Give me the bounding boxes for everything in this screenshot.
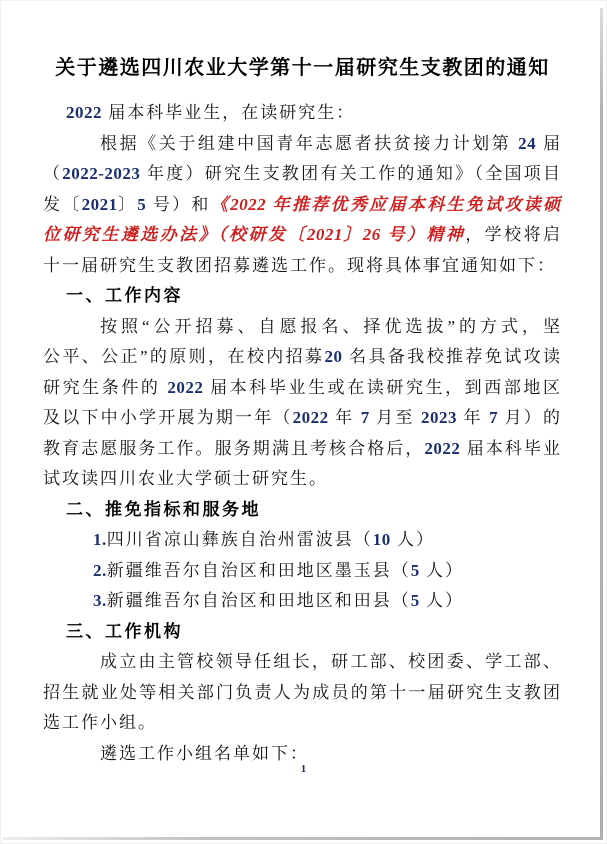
document-body: 关于遴选四川农业大学第十一届研究生支教团的通知 2022 届本科毕业生，在读研究… bbox=[43, 51, 562, 769]
text-segment: 按照“公开招募、自愿报名、择优选拔”的方式，坚持“公开、 bbox=[100, 317, 562, 343]
document-line: 研究生条件的 2022 届本科毕业生或在读研究生，到西部地区县级 bbox=[43, 373, 562, 404]
document-line: 2022 届本科毕业生，在读研究生： bbox=[43, 98, 562, 129]
numeral: 2021 bbox=[82, 195, 118, 214]
text-segment: 一、工作内容 bbox=[66, 286, 183, 305]
text-segment: 教育志愿服务工作。服务期满且考核合格后，2022 届本科毕业生免 bbox=[43, 439, 562, 465]
numeral: 2021 bbox=[307, 225, 343, 244]
numeral: 2022 bbox=[66, 103, 102, 122]
document-line: 招生就业处等相关部门负责人为成员的第十一届研究生支教团遴 bbox=[43, 678, 562, 709]
text-segment: 十一届研究生支教团招募遴选工作。现将具体事宜通知如下： bbox=[43, 256, 556, 275]
document-line: 公平、公正”的原则，在校内招募20 名具备我校推荐免试攻读硕士 bbox=[43, 342, 562, 373]
text-segment: 试攻读四川农业大学硕士研究生。 bbox=[43, 469, 328, 488]
document-page: 关于遴选四川农业大学第十一届研究生支教团的通知 2022 届本科毕业生，在读研究… bbox=[0, 0, 607, 844]
document-line: 发〔2021〕5 号）和《2022 年推荐优秀应届本科生免试攻读硕士学 bbox=[43, 190, 562, 221]
document-line: 试攻读四川农业大学硕士研究生。 bbox=[43, 464, 562, 495]
numeral: 7 bbox=[489, 408, 498, 427]
numeral: 2022 bbox=[230, 195, 266, 214]
document-line: 3.新疆维吾尔自治区和田地区和田县（5 人） bbox=[43, 586, 562, 617]
page-number: 1 bbox=[1, 763, 606, 775]
text-segment: 2022 届本科毕业生，在读研究生： bbox=[66, 103, 355, 122]
document-line: 2.新疆维吾尔自治区和田地区墨玉县（5 人） bbox=[43, 556, 562, 587]
text-segment: 成立由主管校领导任组长，研工部、校团委、学工部、教务处、 bbox=[100, 652, 562, 678]
numeral: 2022-2023 bbox=[62, 164, 140, 183]
numeral: 2022 bbox=[424, 439, 460, 458]
numeral: 10 bbox=[373, 530, 391, 549]
section-heading: 一、工作内容 bbox=[43, 281, 562, 312]
document-line: 根据《关于组建中国青年志愿者扶贫接力计划第 24 届 bbox=[43, 129, 562, 160]
numeral: 2. bbox=[93, 561, 107, 580]
document-line: （2022-2023 年度）研究生支教团有关工作的通知》（全国项目办 bbox=[43, 159, 562, 190]
text-segment: 2.新疆维吾尔自治区和田地区墨玉县（5 人） bbox=[93, 561, 464, 580]
numeral: 5 bbox=[411, 591, 420, 610]
text-segment: 招生就业处等相关部门负责人为成员的第十一届研究生支教团遴 bbox=[43, 683, 562, 709]
text-segment: 3.新疆维吾尔自治区和田地区和田县（5 人） bbox=[93, 591, 464, 610]
numeral: 2022 bbox=[293, 408, 329, 427]
numeral: 20 bbox=[324, 347, 342, 366]
document-line: 十一届研究生支教团招募遴选工作。现将具体事宜通知如下： bbox=[43, 251, 562, 282]
numeral: 24 bbox=[518, 134, 536, 153]
document-line: 成立由主管校领导任组长，研工部、校团委、学工部、教务处、 bbox=[43, 647, 562, 678]
document-line: 教育志愿服务工作。服务期满且考核合格后，2022 届本科毕业生免 bbox=[43, 434, 562, 465]
text-segment: 1.四川省凉山彝族自治州雷波县（10 人） bbox=[93, 530, 435, 549]
document-line: 及以下中小学开展为期一年（2022 年 7 月至 2023 年 7 月）的基础 bbox=[43, 403, 562, 434]
section-heading: 二、推免指标和服务地 bbox=[43, 495, 562, 526]
numeral: 3. bbox=[93, 591, 107, 610]
text-segment: 二、推免指标和服务地 bbox=[66, 500, 261, 519]
numeral: 5 bbox=[137, 195, 146, 214]
text-segment: （2022-2023 年度）研究生支教团有关工作的通知》（全国项目办 bbox=[43, 164, 562, 190]
text-segment: 选工作小组。 bbox=[43, 713, 157, 732]
numeral: 26 bbox=[363, 225, 381, 244]
document-line: 1.四川省凉山彝族自治州雷波县（10 人） bbox=[43, 525, 562, 556]
document-lines: 2022 届本科毕业生，在读研究生：根据《关于组建中国青年志愿者扶贫接力计划第 … bbox=[43, 98, 562, 769]
numeral: 2022 bbox=[167, 378, 203, 397]
text-segment: 发〔2021〕5 号）和 bbox=[43, 195, 211, 214]
text-segment: 遴选工作小组名单如下： bbox=[100, 744, 309, 763]
numeral: 2023 bbox=[421, 408, 457, 427]
numeral: 5 bbox=[411, 561, 420, 580]
section-heading: 三、工作机构 bbox=[43, 617, 562, 648]
text-segment: 及以下中小学开展为期一年（2022 年 7 月至 2023 年 7 月）的基础 bbox=[43, 408, 562, 434]
text-segment: 三、工作机构 bbox=[66, 622, 183, 641]
page-edge-right bbox=[600, 8, 603, 839]
numeral: 7 bbox=[361, 408, 370, 427]
document-line: 选工作小组。 bbox=[43, 708, 562, 739]
numeral: 1. bbox=[93, 530, 107, 549]
text-segment: 研究生条件的 2022 届本科毕业生或在读研究生，到西部地区县级 bbox=[43, 378, 562, 404]
text-segment: 根据《关于组建中国青年志愿者扶贫接力计划第 24 届 bbox=[100, 134, 562, 153]
document-line: 按照“公开招募、自愿报名、择优选拔”的方式，坚持“公开、 bbox=[43, 312, 562, 343]
page-edge-bottom bbox=[3, 837, 603, 840]
document-line: 位研究生遴选办法》（校研发〔2021〕26 号）精神，学校将启动第 bbox=[43, 220, 562, 251]
text-segment: 公平、公正”的原则，在校内招募20 名具备我校推荐免试攻读硕士 bbox=[43, 347, 562, 373]
text-segment-red: 位研究生遴选办法》（校研发〔2021〕26 号）精神 bbox=[43, 225, 465, 244]
document-title: 关于遴选四川农业大学第十一届研究生支教团的通知 bbox=[43, 51, 562, 85]
